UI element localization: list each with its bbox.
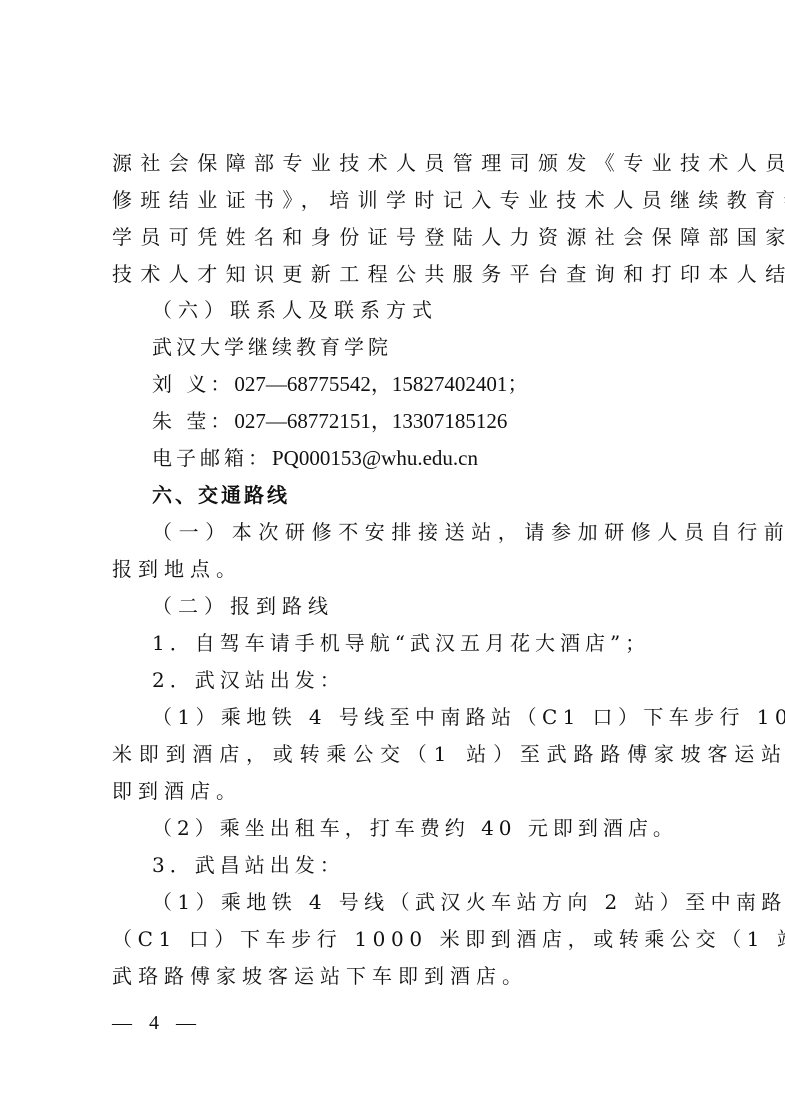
paragraph-line: 源社会保障部专业技术人员管理司颁发《专业技术人员高级研 xyxy=(112,150,785,176)
contact-name: 刘 义： xyxy=(152,372,234,396)
paragraph-line: 修班结业证书》，培训学时记入专业技术人员继续教育学时。 xyxy=(112,187,785,213)
paragraph-line: （一）本次研修不安排接送站，请参加研修人员自行前往 xyxy=(152,519,785,545)
route-wuchang-title: 3．武昌站出发： xyxy=(152,852,345,878)
route-wuhan-title: 2．武汉站出发： xyxy=(152,667,345,693)
email-label: 电子邮箱： xyxy=(152,446,272,470)
document-page: 源社会保障部专业技术人员管理司颁发《专业技术人员高级研 修班结业证书》，培训学时… xyxy=(0,0,785,1102)
route-taxi: （2）乘坐出租车，打车费约 40 元即到酒店。 xyxy=(152,815,678,841)
paragraph-line: 米即到酒店，或转乘公交（1 站）至武路路傅家坡客运站下车 xyxy=(112,741,785,767)
contact-phone: 027—68772151，13307185126 xyxy=(234,409,507,433)
contact-email: 电子邮箱：PQ000153@whu.edu.cn xyxy=(152,445,478,471)
paragraph-line: 报到地点。 xyxy=(112,556,242,582)
organization-name: 武汉大学继续教育学院 xyxy=(152,334,392,360)
contact-name: 朱 莹： xyxy=(152,409,234,433)
contact-zhu: 朱 莹：027—68772151，13307185126 xyxy=(152,408,507,434)
paragraph-line: 学员可凭姓名和身份证号登陆人力资源社会保障部国家专业 xyxy=(112,224,785,250)
route-self-drive: 1．自驾车请手机导航“武汉五月花大酒店”； xyxy=(152,630,650,656)
email-value[interactable]: PQ000153@whu.edu.cn xyxy=(272,446,478,470)
contact-heading: （六）联系人及联系方式 xyxy=(152,297,438,323)
contact-phone: 027—68775542，15827402401； xyxy=(234,372,528,396)
contact-liu: 刘 义：027—68775542，15827402401； xyxy=(152,371,528,397)
subsection-title: （二）报到路线 xyxy=(152,593,334,619)
paragraph-line: 即到酒店。 xyxy=(112,778,242,804)
page-number: — 4 — xyxy=(112,1012,202,1035)
paragraph-line: （1）乘地铁 4 号线至中南路站（C1 口）下车步行 1000 xyxy=(152,704,785,730)
paragraph-line: 武珞路傅家坡客运站下车即到酒店。 xyxy=(112,963,528,989)
paragraph-line: 技术人才知识更新工程公共服务平台查询和打印本人结业证书。 xyxy=(112,261,785,287)
paragraph-line: （1）乘地铁 4 号线（武汉火车站方向 2 站）至中南路站 xyxy=(152,889,785,915)
paragraph-line: （C1 口）下车步行 1000 米即到酒店，或转乘公交（1 站）至 xyxy=(112,926,785,952)
section-title: 六、交通路线 xyxy=(152,482,290,508)
